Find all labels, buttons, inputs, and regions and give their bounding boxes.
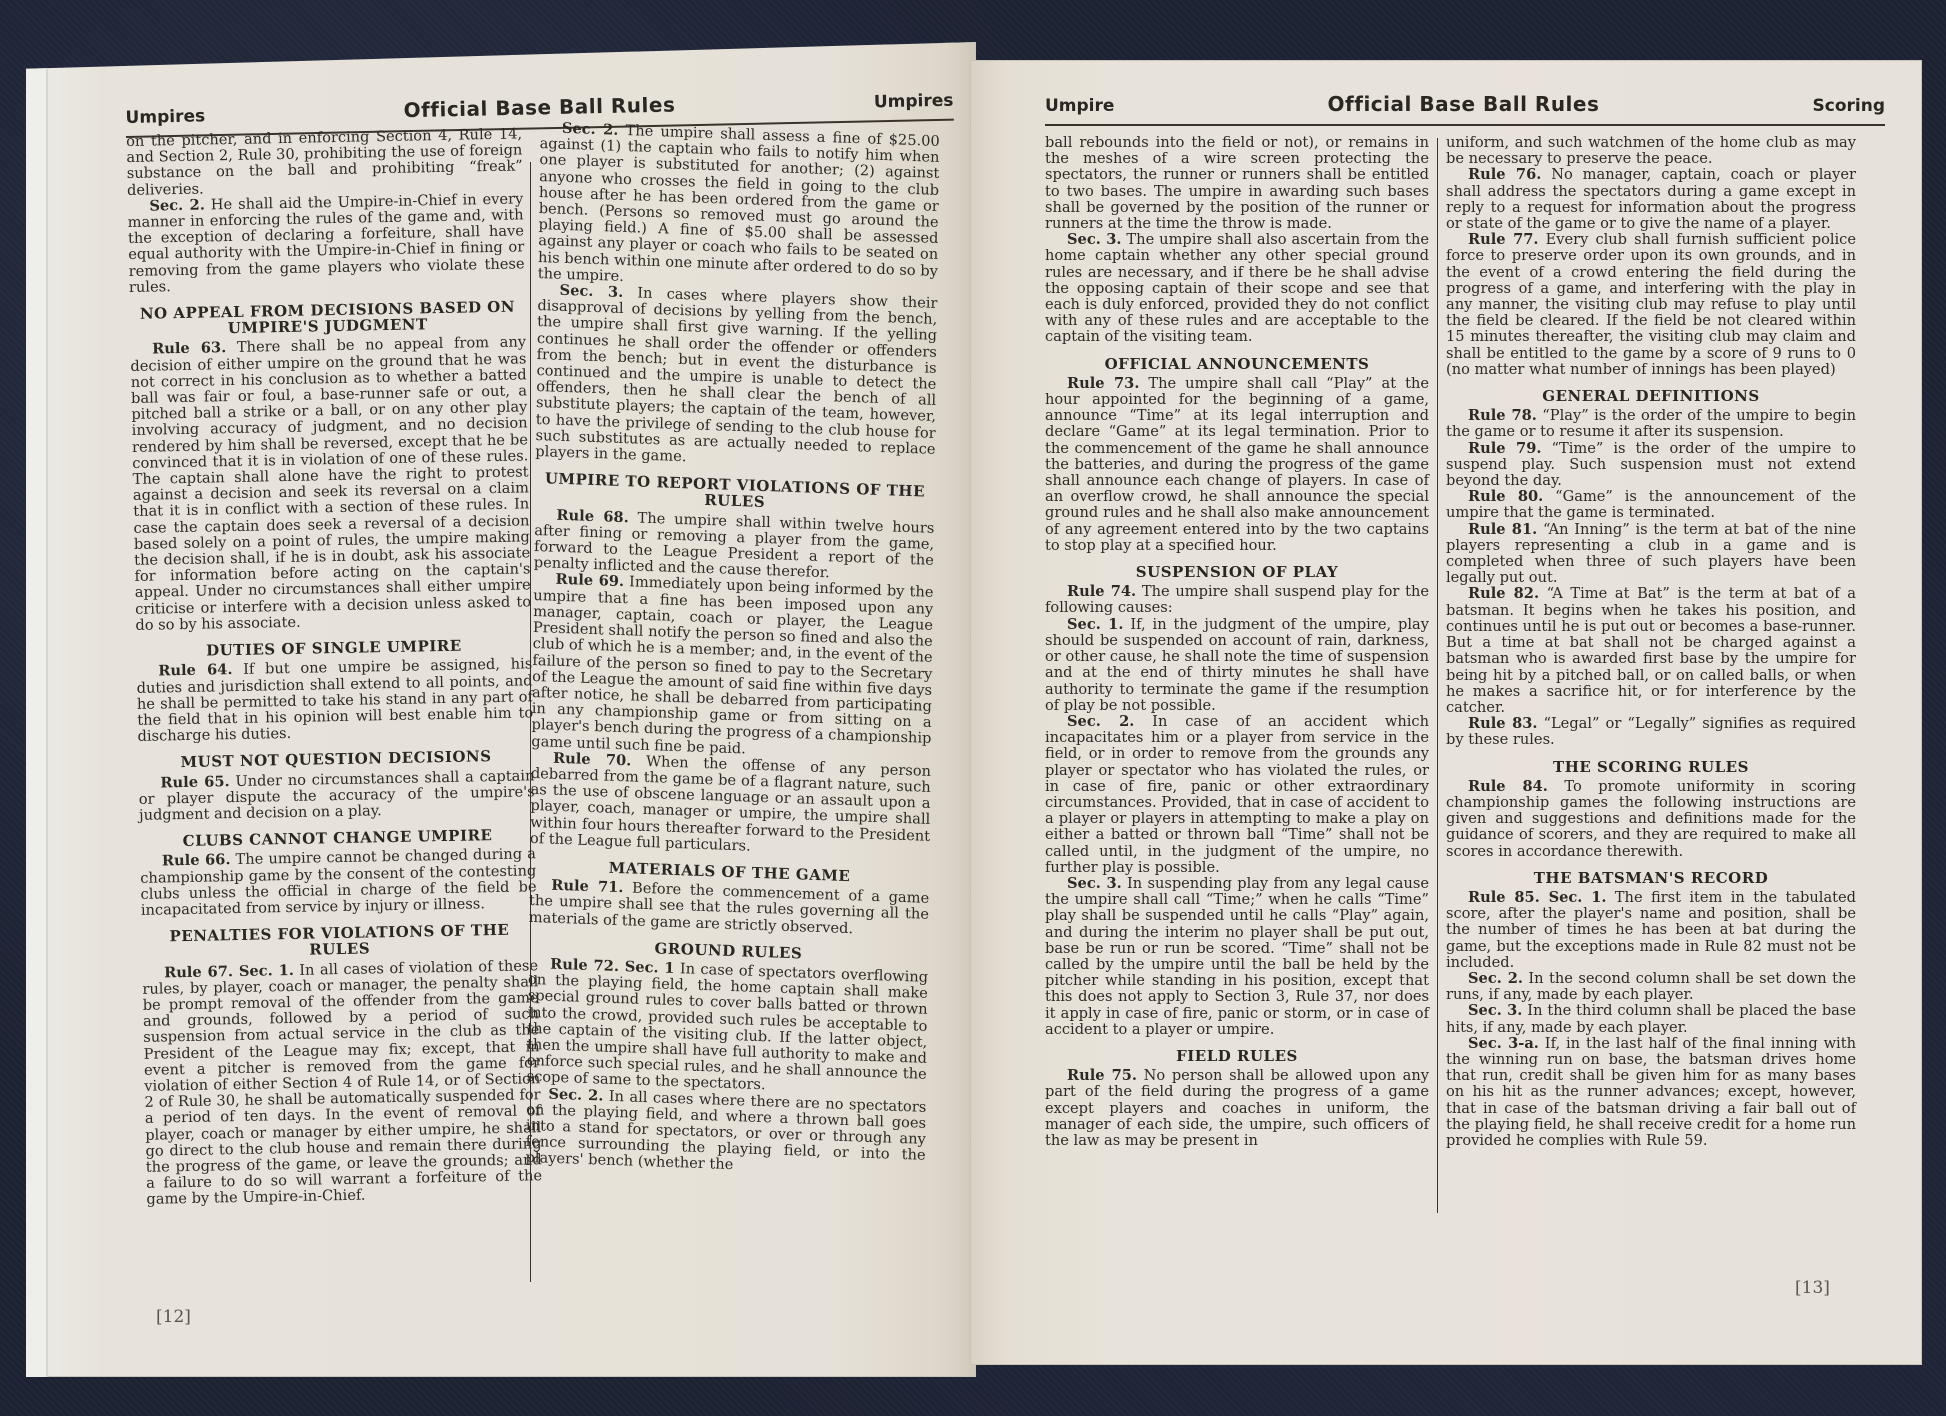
right-page: Umpire Official Base Ball Rules Scoring … [970, 60, 1922, 1365]
section-text: The umpire shall assess a fine of $25.00… [538, 122, 940, 285]
right-column-2: uniform, and such watchmen of the home c… [1446, 135, 1856, 1149]
rule-paragraph: Sec. 3. In cases where players show thei… [535, 282, 937, 474]
section-heading: GENERAL DEFINITIONS [1446, 388, 1856, 404]
header-section-right: Scoring [1813, 96, 1885, 116]
rule-paragraph: Rule 84. To promote uniformity in scorin… [1446, 779, 1856, 860]
section-text: In cases where players show their disapp… [535, 284, 937, 465]
header-section-left: Umpire [1045, 96, 1114, 116]
rule-label: Rule 77. [1468, 231, 1539, 248]
rule-paragraph: Rule 76. No manager, captain, coach or p… [1446, 167, 1856, 232]
running-header-right: Umpire Official Base Ball Rules Scoring [1045, 92, 1885, 126]
rule-paragraph: Rule 64. If but one umpire be assigned, … [136, 657, 533, 746]
paragraph: uniform, and such watchmen of the home c… [1446, 135, 1856, 167]
paragraph: on the pitcher, and in enforcing Section… [126, 126, 523, 198]
rule-text: “A Time at Bat” is the term at bat of a … [1446, 585, 1856, 715]
header-section-right: Umpires [874, 91, 954, 113]
rule-text: Every club shall furnish sufficient poli… [1446, 231, 1856, 378]
header-title: Official Base Ball Rules [403, 92, 675, 122]
section-label: Sec. 1. [1067, 616, 1123, 633]
right-column-1: ball rebounds into the field or not), or… [1045, 135, 1429, 1149]
rule-paragraph: Sec. 2. In all cases where there are no … [525, 1085, 926, 1180]
paragraph: ball rebounds into the field or not), or… [1045, 135, 1429, 232]
rule-label: Rule 84. [1468, 778, 1548, 795]
section-text: If, in the last half of the final inning… [1446, 1035, 1856, 1149]
section-heading: THE SCORING RULES [1446, 759, 1856, 775]
rule-label: Rule 81. [1468, 521, 1537, 538]
section-label: Sec. 2. [1468, 970, 1523, 987]
page-number: [13] [1795, 1278, 1830, 1298]
rule-paragraph: Rule 71. Before the commencement of a ga… [529, 877, 930, 940]
rule-text: When the offense of any person debarred … [530, 752, 931, 854]
rule-label: Rule 74. [1067, 583, 1136, 600]
section-label: Sec. 3. [1067, 875, 1122, 892]
section-text: In suspending play from any legal cause … [1045, 875, 1429, 1038]
paragraph: Sec. 2. He shall aid the Umpire-in-Chief… [127, 191, 525, 296]
section-heading: SUSPENSION OF PLAY [1045, 564, 1429, 580]
rule-label: Rule 73. [1067, 375, 1139, 392]
section-text: The umpire shall also ascertain from the… [1045, 231, 1429, 345]
rule-paragraph: Rule 81. “An Inning” is the term at bat … [1446, 522, 1856, 587]
rule-label: Rule 82. [1468, 585, 1539, 602]
rule-paragraph: Sec. 3-a. If, in the last half of the fi… [1446, 1036, 1856, 1149]
section-text: In case of an accident which incapacitat… [1045, 713, 1429, 876]
rule-paragraph: Rule 83. “Legal” or “Legally” signifies … [1446, 716, 1856, 748]
rule-paragraph: Sec. 3. In suspending play from any lega… [1045, 876, 1429, 1038]
section-label: Sec. 3. [1067, 231, 1121, 248]
section-heading: FIELD RULES [1045, 1048, 1429, 1064]
page-number: [12] [156, 1307, 191, 1327]
rule-text: The umpire shall call “Play” at the hour… [1045, 375, 1429, 554]
rule-paragraph: Rule 82. “A Time at Bat” is the term at … [1446, 586, 1856, 716]
rule-paragraph: Rule 73. The umpire shall call “Play” at… [1045, 376, 1429, 554]
rule-paragraph: Sec. 2. In case of an accident which inc… [1045, 714, 1429, 876]
header-section-left: Umpires [125, 106, 205, 128]
header-title: Official Base Ball Rules [1328, 92, 1600, 116]
rule-paragraph: Rule 79. “Time” is the order of the umpi… [1446, 441, 1856, 490]
rule-label: Rule 78. [1468, 407, 1537, 424]
rule-paragraph: Rule 72. Sec. 1 In case of spectators ov… [527, 956, 929, 1100]
rule-label: Rule 80. [1468, 488, 1543, 505]
rule-paragraph: Rule 69. Immediately upon being informed… [531, 571, 933, 763]
section-heading: THE BATSMAN'S RECORD [1446, 870, 1856, 886]
column-divider [1437, 138, 1438, 1213]
rule-text: In all cases of violation of these rules… [142, 957, 542, 1208]
rule-text: Immediately upon being informed by the u… [531, 574, 933, 757]
rule-paragraph: Sec. 2. The umpire shall assess a fine o… [538, 120, 940, 296]
rule-label: Rule 75. [1067, 1067, 1137, 1084]
section-label: Sec. 3. [1468, 1002, 1522, 1019]
rule-text: There shall be no appeal from any decisi… [130, 334, 531, 634]
rule-paragraph: Sec. 1. If, in the judgment of the umpir… [1045, 617, 1429, 714]
rule-paragraph: Rule 77. Every club shall furnish suffic… [1446, 232, 1856, 378]
rule-text: In case of spectators overflowing on the… [527, 960, 929, 1094]
rule-paragraph: Rule 66. The umpire cannot be changed du… [140, 847, 537, 919]
section-heading: OFFICIAL ANNOUNCEMENTS [1045, 356, 1429, 372]
rule-label: Rule 83. [1468, 715, 1537, 732]
left-column-2: Sec. 2. The umpire shall assess a fine o… [525, 120, 939, 1180]
section-heading: NO APPEAL FROM DECISIONS BASED ON UMPIRE… [129, 298, 526, 338]
page-edge [26, 62, 48, 1377]
rule-paragraph: Rule 78. “Play” is the order of the umpi… [1446, 408, 1856, 440]
rule-paragraph: Sec. 3. The umpire shall also ascertain … [1045, 232, 1429, 345]
rule-paragraph: Rule 65. Under no circumstances shall a … [138, 768, 535, 824]
rule-label: Rule 79. [1468, 440, 1541, 457]
rule-paragraph: Rule 80. “Game” is the announcement of t… [1446, 489, 1856, 521]
rule-paragraph: Rule 63. There shall be no appeal from a… [130, 335, 532, 634]
rule-label: Rule 85. Sec. 1. [1468, 889, 1606, 906]
section-label: Sec. 3-a. [1468, 1035, 1539, 1052]
rule-paragraph: Rule 67. Sec. 1. In all cases of violati… [142, 958, 543, 1209]
left-page: Umpires Official Base Ball Rules Umpires… [26, 42, 976, 1377]
section-heading: PENALTIES FOR VIOLATIONS OF THE RULES [141, 921, 538, 961]
rule-paragraph: Rule 85. Sec. 1. The first item in the t… [1446, 890, 1856, 971]
rule-paragraph: Sec. 3. In the third column shall be pla… [1446, 1003, 1856, 1035]
rule-paragraph: Rule 74. The umpire shall suspend play f… [1045, 584, 1429, 616]
rule-paragraph: Rule 75. No person shall be allowed upon… [1045, 1068, 1429, 1149]
rule-paragraph: Sec. 2. In the second column shall be se… [1446, 971, 1856, 1003]
rule-label: Rule 76. [1468, 166, 1541, 183]
left-column-1: on the pitcher, and in enforcing Section… [126, 126, 543, 1208]
section-label: Sec. 2. [1067, 713, 1134, 730]
rule-paragraph: Rule 70. When the offense of any person … [530, 750, 931, 861]
